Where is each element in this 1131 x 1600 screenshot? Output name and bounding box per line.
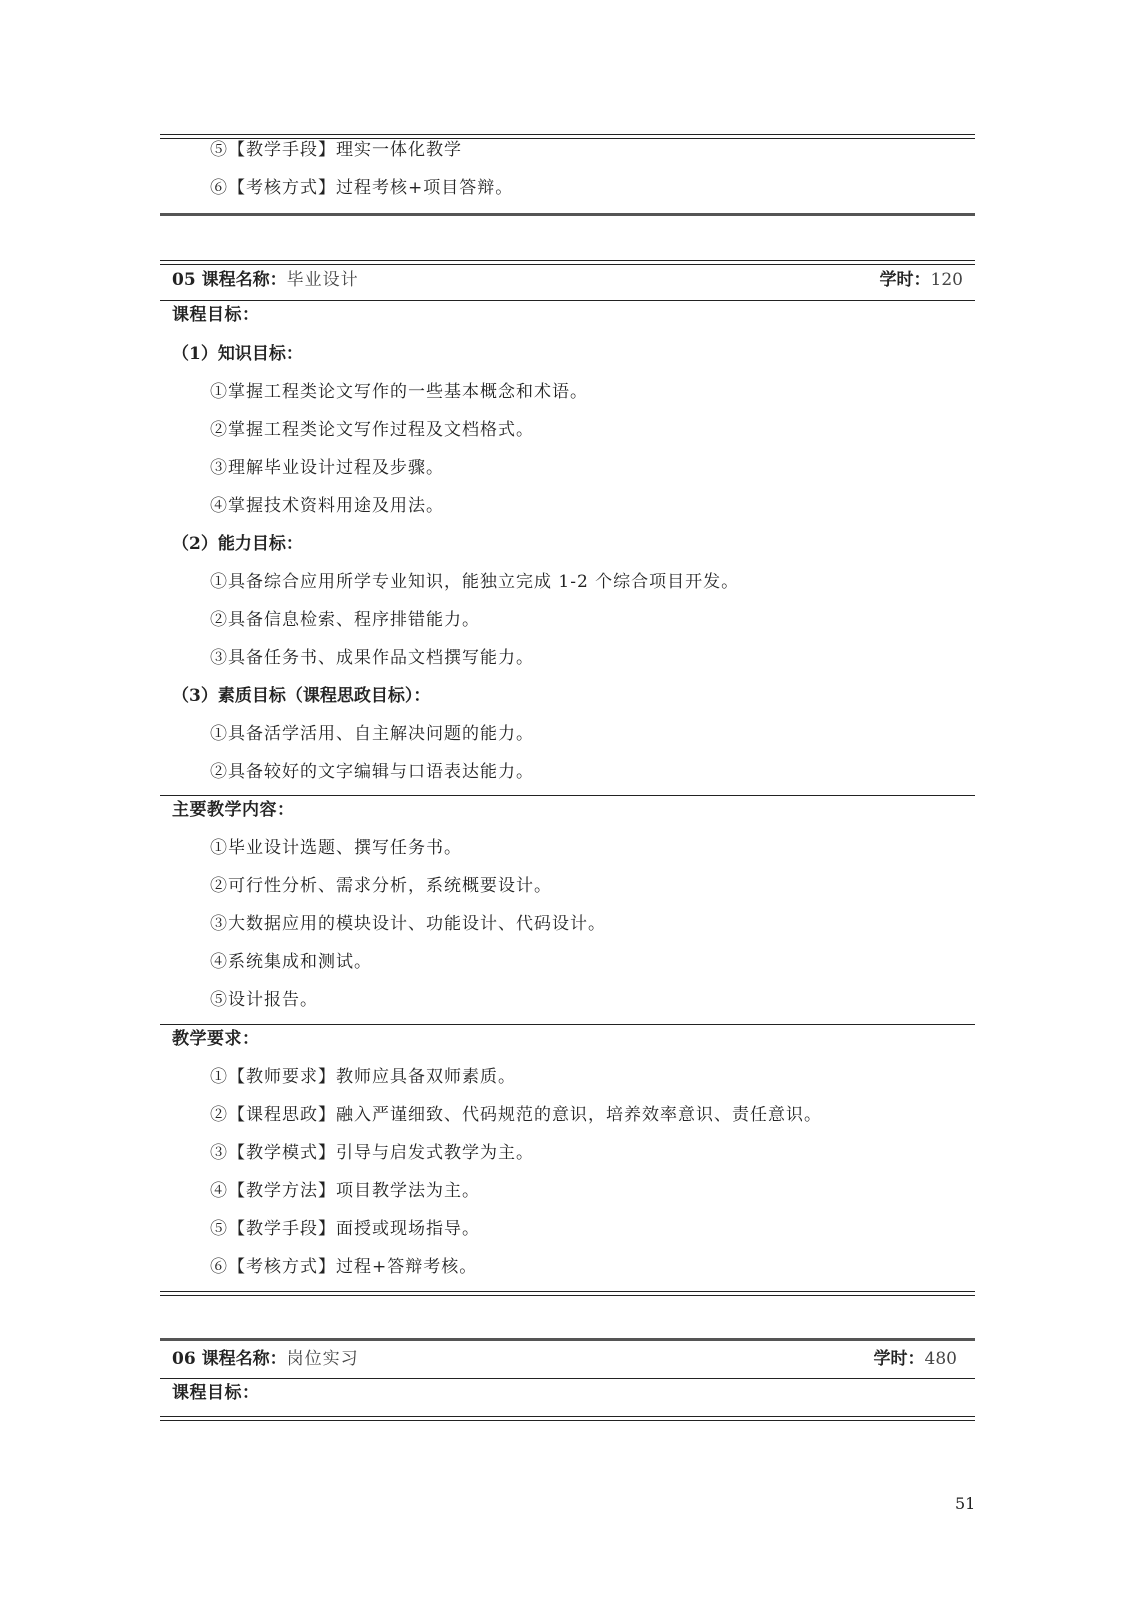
list-item: ④【教学方法】项目教学法为主。 xyxy=(160,1180,1025,1202)
section-heading: 主要教学内容： xyxy=(160,799,987,821)
course-name: 毕业设计 xyxy=(287,270,359,290)
row-divider xyxy=(160,1024,975,1025)
course-05-title-row: 05 课程名称：毕业设计 学时：120 xyxy=(160,265,975,289)
row-divider xyxy=(160,795,975,796)
list-item: ⑥【考核方式】过程+答辩考核。 xyxy=(160,1256,1025,1278)
hours-label: 学时： xyxy=(880,270,931,290)
document-page: ⑤【教学手段】理实一体化教学 ⑥【考核方式】过程考核+项目答辩。 05 课程名称… xyxy=(0,0,1131,1600)
section-heading: 课程目标： xyxy=(160,304,987,326)
row-divider xyxy=(160,1378,975,1379)
list-item: ③【教学模式】引导与启发式教学为主。 xyxy=(160,1142,1025,1164)
list-item: ①【教师要求】教师应具备双师素质。 xyxy=(160,1066,1025,1088)
course-name: 岗位实习 xyxy=(287,1349,359,1369)
list-item: ④系统集成和测试。 xyxy=(160,951,1025,973)
list-item: ①具备活学活用、自主解决问题的能力。 xyxy=(160,723,1025,745)
table-border-bottom xyxy=(160,1416,975,1421)
list-item: ①毕业设计选题、撰写任务书。 xyxy=(160,837,1025,859)
subsection-heading: （3）素质目标（课程思政目标）： xyxy=(160,685,987,707)
list-item: ③大数据应用的模块设计、功能设计、代码设计。 xyxy=(160,913,1025,935)
list-item: ②【课程思政】融入严谨细致、代码规范的意识，培养效率意识、责任意识。 xyxy=(160,1104,1025,1126)
table-border-bottom xyxy=(160,213,975,216)
hours-value: 120 xyxy=(931,270,963,290)
list-item: ⑤【教学手段】面授或现场指导。 xyxy=(160,1218,1025,1240)
row-divider xyxy=(160,300,975,301)
course-number-label: 05 课程名称： xyxy=(172,270,287,290)
list-item: ②具备信息检索、程序排错能力。 xyxy=(160,609,1025,631)
list-item: ⑥【考核方式】过程考核+项目答辩。 xyxy=(160,177,1025,199)
list-item: ⑤设计报告。 xyxy=(160,989,1025,1011)
list-item: ③理解毕业设计过程及步骤。 xyxy=(160,457,1025,479)
course-number-label: 06 课程名称： xyxy=(172,1349,287,1369)
list-item: ①掌握工程类论文写作的一些基本概念和术语。 xyxy=(160,381,1025,403)
list-item: ①具备综合应用所学专业知识，能独立完成 1-2 个综合项目开发。 xyxy=(160,571,1025,593)
list-item: ③具备任务书、成果作品文档撰写能力。 xyxy=(160,647,1025,669)
table-border-top xyxy=(160,1338,975,1341)
page-number: 51 xyxy=(955,1494,975,1513)
section-heading: 课程目标： xyxy=(160,1382,987,1404)
list-item: ②具备较好的文字编辑与口语表达能力。 xyxy=(160,761,1025,783)
subsection-heading: （1）知识目标： xyxy=(160,343,987,365)
section-heading: 教学要求： xyxy=(160,1028,987,1050)
subsection-heading: （2）能力目标： xyxy=(160,533,987,555)
list-item: ⑤【教学手段】理实一体化教学 xyxy=(160,139,1025,161)
hours-value: 480 xyxy=(925,1349,957,1369)
list-item: ②可行性分析、需求分析，系统概要设计。 xyxy=(160,875,1025,897)
list-item: ④掌握技术资料用途及用法。 xyxy=(160,495,1025,517)
course-06-title-row: 06 课程名称：岗位实习 学时：480 xyxy=(160,1344,975,1368)
hours-label: 学时： xyxy=(874,1349,925,1369)
list-item: ②掌握工程类论文写作过程及文档格式。 xyxy=(160,419,1025,441)
table-border-bottom xyxy=(160,1291,975,1296)
